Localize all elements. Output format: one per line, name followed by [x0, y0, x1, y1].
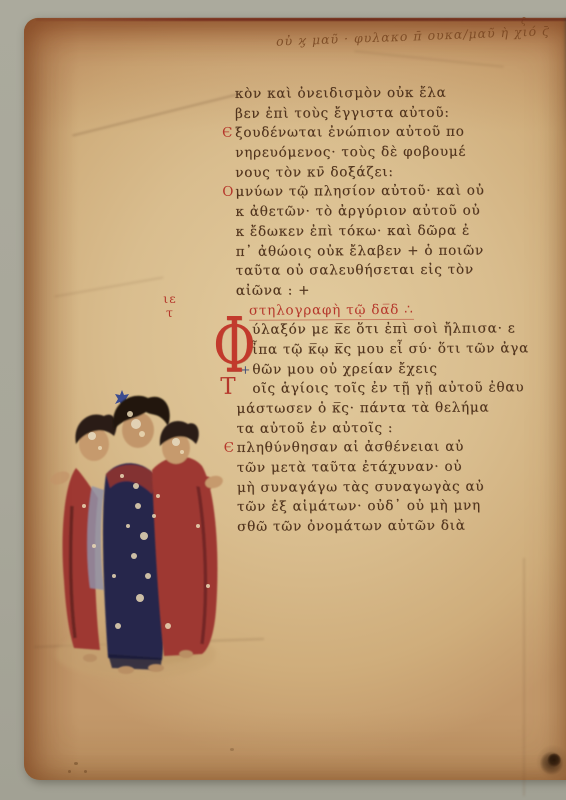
line-text: κ ἀθετῶν· τὸ ἀργύριον αὐτοῦ οὐ	[235, 203, 480, 220]
parchment-crease	[55, 276, 164, 297]
speck	[74, 762, 78, 765]
rubricated-initial: Є	[222, 124, 233, 144]
margin-psalm-number: ιε τ	[160, 292, 180, 320]
line-text: τῶν ἐξ αἱμάτων· οὐδ᾽ οὐ μὴ μνη	[237, 498, 481, 515]
manuscript-text-line: μάστωσεν ὁ κ̅ς· πάντα τὰ θελήμα	[236, 398, 548, 419]
manuscript-text-line: νους τὸν κν̄ δοξάζει:	[235, 162, 547, 183]
psalm-number-mark: τ	[160, 306, 180, 320]
line-text: μνύων τῷ πλησίον αὐτοῦ· καὶ οὐ	[235, 183, 484, 200]
rubricated-initial-phi: Φ	[213, 309, 256, 384]
manuscript-text-line: ἶπα τῷ κ̅ῳ κ̅ς μου εἶ σύ· ὅτι τῶν ἀγα	[236, 339, 548, 360]
line-text: στηλογραφὴ τῷ δα̅δ ∴	[249, 301, 414, 320]
page-top-edge	[36, 18, 566, 21]
manuscript-text-line: βεν ἐπὶ τοὺς ἔγγιστα αὐτοῦ:	[235, 103, 547, 124]
line-text: νηρευόμενος· τοὺς δὲ φοβουμέ	[235, 144, 466, 161]
line-text: οῖς ἁγίοις τοῖς ἐν τῇ γῇ αὐτοῦ ἐθαυ	[252, 380, 524, 397]
line-text: τῶν μετὰ ταῦτα ἐτάχυναν· οὐ	[237, 459, 463, 476]
manuscript-text-line: κ ἔδωκεν ἐπὶ τόκω· καὶ δῶρα ἐ	[236, 221, 548, 242]
speck	[230, 748, 234, 751]
manuscript-text-line: νηρευόμενος· τοὺς δὲ φοβουμέ	[235, 142, 547, 163]
line-text: μάστωσεν ὁ κ̅ς· πάντα τὰ θελήμα	[236, 399, 489, 416]
manuscript-text-line: τα αὐτοῦ ἐν αὐτοῖς :	[237, 418, 549, 439]
line-text: πληθύνθησαν αἱ ἀσθένειαι αὐ	[237, 439, 464, 456]
line-text: κὸν καὶ ὀνειδισμὸν οὐκ ἔλα	[235, 85, 447, 102]
manuscript-text-line: Ομνύων τῷ πλησίον αὐτοῦ· καὶ οὐ	[235, 182, 547, 203]
parchment-crease	[354, 50, 503, 68]
rubric-line: στηλογραφὴ τῷ δα̅δ ∴	[236, 300, 548, 321]
manuscript-text-line: π᾽ ἀθώοις οὐκ ἔλαβεν + ὁ ποιῶν	[236, 241, 548, 262]
manuscript-text-line: αἰῶνα : +	[236, 280, 548, 301]
line-text: σθῶ τῶν ὀνομάτων αὐτῶν διὰ	[237, 518, 466, 535]
manuscript-text-line: τῶν ἐξ αἱμάτων· οὐδ᾽ οὐ μὴ μνη	[237, 497, 549, 518]
miniature-three-figures	[48, 386, 233, 686]
speck	[68, 770, 71, 773]
ink-stain	[523, 733, 566, 785]
line-text: ἶπα τῷ κ̅ῳ κ̅ς μου εἶ σύ· ὅτι τῶν ἀγα	[252, 340, 529, 357]
line-text: ξουδένωται ἐνώπιον αὐτοῦ πο	[235, 124, 465, 141]
manuscript-text-line: σθῶ τῶν ὀνομάτων αὐτῶν διὰ	[237, 516, 549, 537]
line-text: βεν ἐπὶ τοὺς ἔγγιστα αὐτοῦ:	[235, 104, 450, 121]
manuscript-text-line: Τοῖς ἁγίοις τοῖς ἐν τῇ γῇ αὐτοῦ ἐθαυ	[236, 378, 548, 399]
manuscript-text-line: κ ἀθετῶν· τὸ ἀργύριον αὐτοῦ οὐ	[235, 201, 547, 222]
photo-mat-background: οὐ ϗ μαῦ · φυλακο π̄ ουκα/μαῦ ὴ χιό ϛ̄ ϛ…	[0, 0, 566, 800]
line-text: τα αὐτοῦ ἐν αὐτοῖς :	[237, 420, 394, 437]
manuscript-text-line: Єπληθύνθησαν αἱ ἀσθένειαι αὐ	[237, 438, 549, 459]
line-text: νους τὸν κν̄ δοξάζει:	[235, 164, 393, 181]
manuscript-text-line: κὸν καὶ ὀνειδισμὸν οὐκ ἔλα	[235, 83, 547, 104]
rubricated-initial: Ο	[222, 183, 234, 203]
psalm-number-ie: ιε	[160, 292, 180, 306]
line-text: π᾽ ἀθώοις οὐκ ἔλαβεν + ὁ ποιῶν	[236, 242, 484, 259]
manuscript-text-line: ταῦτα οὐ σαλευθήσεται εἰς τὸν	[236, 260, 548, 281]
text-block: κὸν καὶ ὀνειδισμὸν οὐκ ἔλαβεν ἐπὶ τοὺς ἔ…	[235, 83, 549, 537]
line-text: κ ἔδωκεν ἐπὶ τόκω· καὶ δῶρα ἐ	[236, 222, 471, 239]
manuscript-text-line: τῶν μετὰ ταῦτα ἐτάχυναν· οὐ	[237, 457, 549, 478]
manuscript-text-line: Єξουδένωται ἐνώπιον αὐτοῦ πο	[235, 123, 547, 144]
line-text: θῶν μου οὐ χρείαν ἔχεις	[252, 360, 437, 377]
line-text: αἰῶνα : +	[236, 282, 310, 298]
manuscript-text-line: +θῶν μου οὐ χρείαν ἔχεις	[236, 359, 548, 380]
manuscript-text-line: ύλαξόν με κ̅ε ὅτι ἐπὶ σοὶ ἤλπισα· ε	[236, 319, 548, 340]
figure-right	[152, 421, 224, 656]
parchment-crease	[72, 93, 237, 136]
speck	[84, 770, 87, 773]
parchment-page: οὐ ϗ μαῦ · φυλακο π̄ ουκα/μαῦ ὴ χιό ϛ̄ ϛ…	[24, 18, 566, 780]
line-text: ύλαξόν με κ̅ε ὅτι ἐπὶ σοὶ ἤλπισα· ε	[252, 321, 516, 338]
line-text: μὴ συναγάγω τὰς συναγωγὰς αὐ	[237, 478, 485, 495]
line-text: ταῦτα οὐ σαλευθήσεται εἰς τὸν	[236, 262, 474, 279]
manuscript-text-line: μὴ συναγάγω τὰς συναγωγὰς αὐ	[237, 477, 549, 498]
